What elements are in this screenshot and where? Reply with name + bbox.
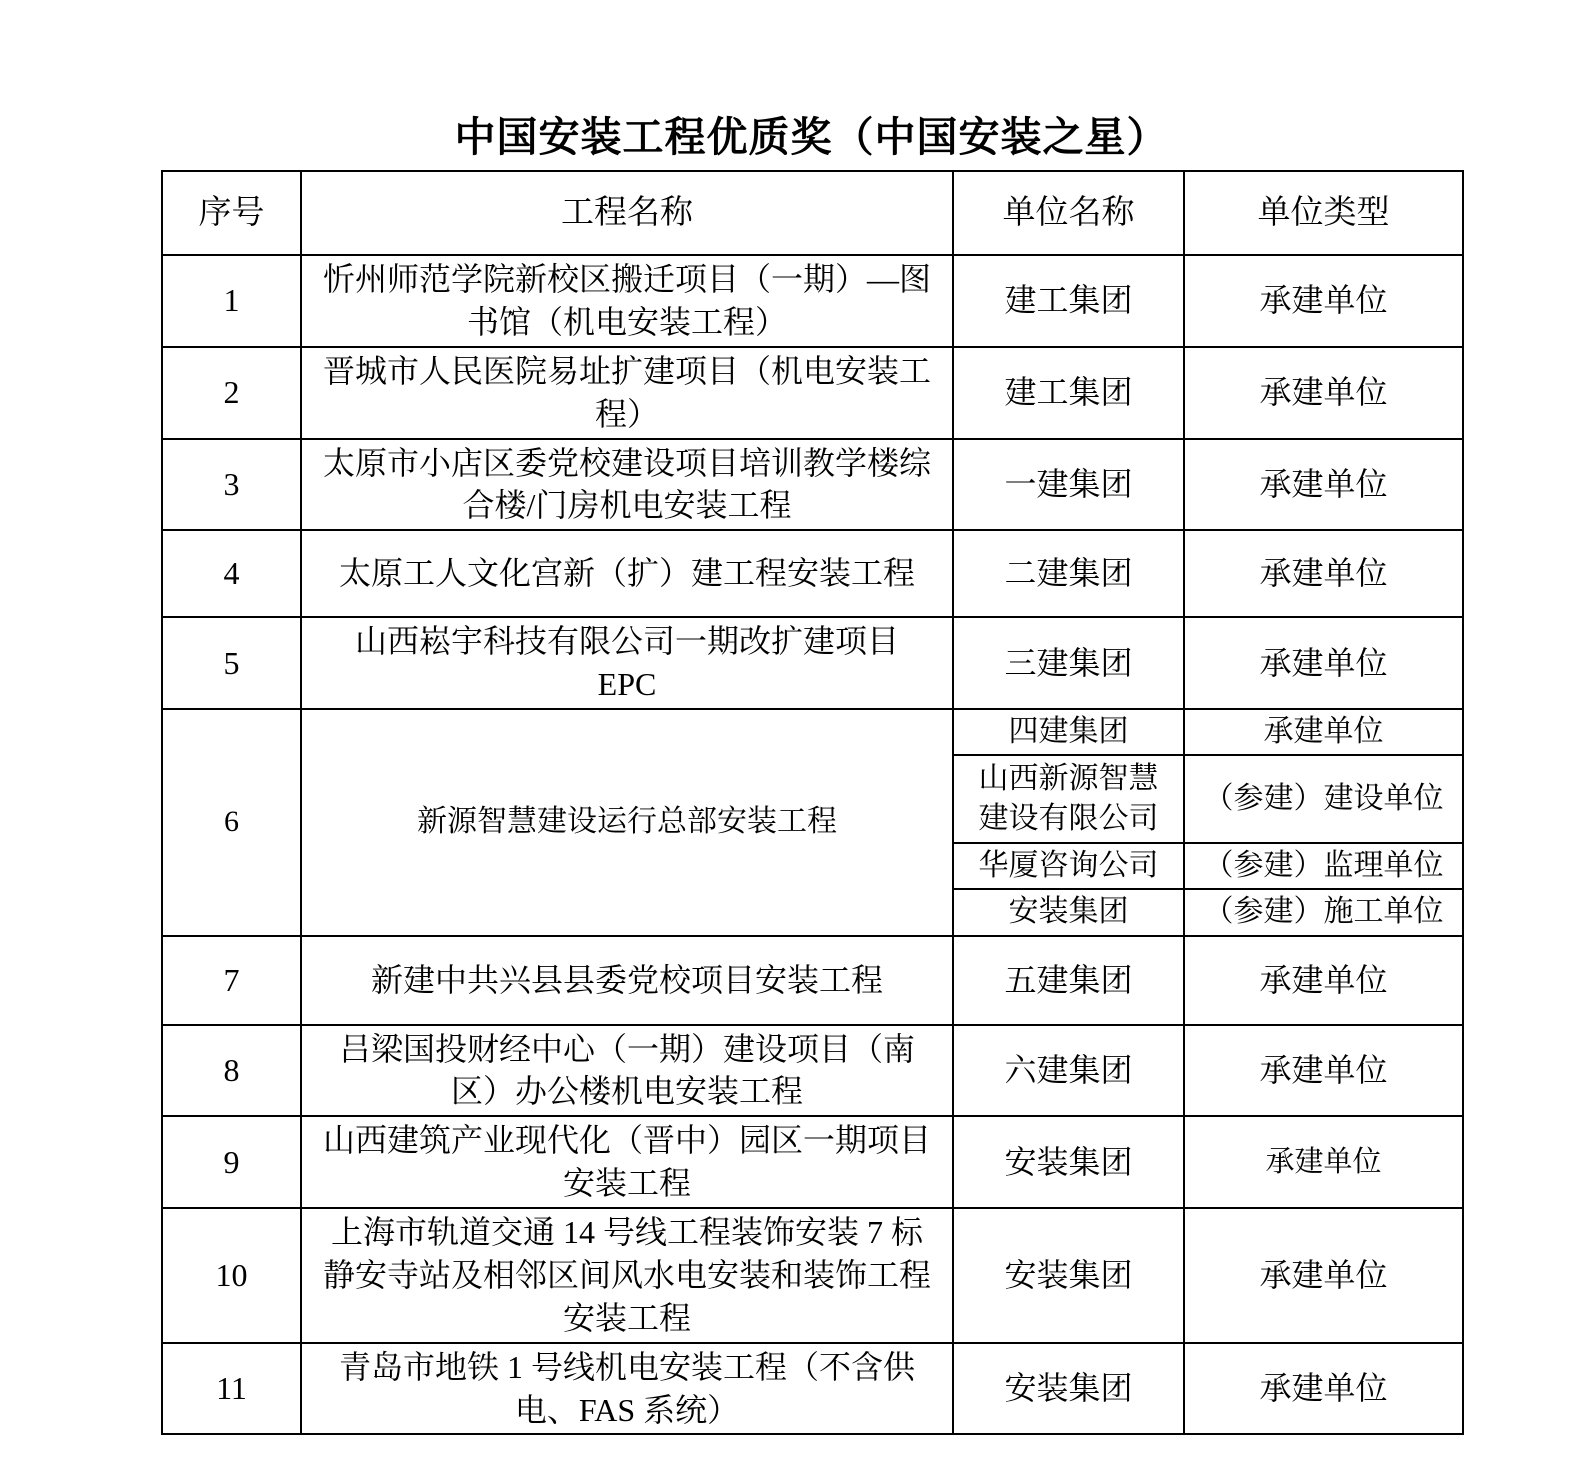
- header-serial-number: 序号: [162, 171, 301, 255]
- serial-number: 10: [162, 1208, 301, 1343]
- header-unit-name: 单位名称: [953, 171, 1184, 255]
- unit-type: （参建）施工单位: [1184, 889, 1463, 935]
- table-row: 4 太原工人文化宫新（扩）建工程安装工程 二建集团 承建单位: [162, 530, 1463, 617]
- unit-type: 承建单位: [1184, 617, 1463, 709]
- project-name: 新建中共兴县县委党校项目安装工程: [301, 936, 953, 1025]
- project-name: 上海市轨道交通 14 号线工程装饰安装 7 标静安寺站及相邻区间风水电安装和装饰…: [301, 1208, 953, 1343]
- serial-number: 2: [162, 347, 301, 439]
- serial-number: 5: [162, 617, 301, 709]
- table-row: 10 上海市轨道交通 14 号线工程装饰安装 7 标静安寺站及相邻区间风水电安装…: [162, 1208, 1463, 1343]
- unit-name: 一建集团: [953, 439, 1184, 531]
- serial-number: 8: [162, 1025, 301, 1117]
- serial-number: 1: [162, 255, 301, 347]
- project-name: 新源智慧建设运行总部安装工程: [301, 709, 953, 936]
- table-row: 11 青岛市地铁 1 号线机电安装工程（不含供电、FAS 系统） 安装集团 承建…: [162, 1343, 1463, 1435]
- unit-type: 承建单位: [1184, 1116, 1463, 1208]
- table-row: 8 吕梁国投财经中心（一期）建设项目（南区）办公楼机电安装工程 六建集团 承建单…: [162, 1025, 1463, 1117]
- page-title: 中国安装工程优质奖（中国安装之星）: [161, 104, 1462, 163]
- unit-name: 安装集团: [953, 1343, 1184, 1435]
- unit-type: 承建单位: [1184, 1025, 1463, 1117]
- project-name: 青岛市地铁 1 号线机电安装工程（不含供电、FAS 系统）: [301, 1343, 953, 1435]
- unit-name: 华厦咨询公司: [953, 843, 1184, 889]
- unit-type: 承建单位: [1184, 936, 1463, 1025]
- unit-type: 承建单位: [1184, 347, 1463, 439]
- unit-name: 四建集团: [953, 709, 1184, 755]
- table-row: 9 山西建筑产业现代化（晋中）园区一期项目安装工程 安装集团 承建单位: [162, 1116, 1463, 1208]
- unit-name: 安装集团: [953, 1116, 1184, 1208]
- unit-type: 承建单位: [1184, 530, 1463, 617]
- unit-type: 承建单位: [1184, 1343, 1463, 1435]
- document-page: 中国安装工程优质奖（中国安装之星） 序号 工程名称 单位名称 单位类型 1 忻州…: [0, 0, 1586, 1463]
- table-header-row: 序号 工程名称 单位名称 单位类型: [162, 171, 1463, 255]
- unit-type: （参建）监理单位: [1184, 843, 1463, 889]
- unit-name: 安装集团: [953, 1208, 1184, 1343]
- header-unit-type: 单位类型: [1184, 171, 1463, 255]
- serial-number: 6: [162, 709, 301, 936]
- serial-number: 3: [162, 439, 301, 531]
- header-project-name: 工程名称: [301, 171, 953, 255]
- table-row: 2 晋城市人民医院易址扩建项目（机电安装工程） 建工集团 承建单位: [162, 347, 1463, 439]
- unit-name: 安装集团: [953, 889, 1184, 935]
- unit-name: 三建集团: [953, 617, 1184, 709]
- project-name: 山西崧宇科技有限公司一期改扩建项目 EPC: [301, 617, 953, 709]
- unit-type: （参建）建设单位: [1184, 755, 1463, 843]
- project-name: 吕梁国投财经中心（一期）建设项目（南区）办公楼机电安装工程: [301, 1025, 953, 1117]
- unit-type: 承建单位: [1184, 709, 1463, 755]
- unit-name: 建工集团: [953, 255, 1184, 347]
- table-row: 7 新建中共兴县县委党校项目安装工程 五建集团 承建单位: [162, 936, 1463, 1025]
- project-name: 晋城市人民医院易址扩建项目（机电安装工程）: [301, 347, 953, 439]
- unit-name: 二建集团: [953, 530, 1184, 617]
- table-row: 6 新源智慧建设运行总部安装工程 四建集团 承建单位: [162, 709, 1463, 755]
- award-table: 序号 工程名称 单位名称 单位类型 1 忻州师范学院新校区搬迁项目（一期）—图书…: [161, 170, 1464, 1435]
- project-name: 山西建筑产业现代化（晋中）园区一期项目安装工程: [301, 1116, 953, 1208]
- table-row: 3 太原市小店区委党校建设项目培训教学楼综合楼/门房机电安装工程 一建集团 承建…: [162, 439, 1463, 531]
- table-row: 5 山西崧宇科技有限公司一期改扩建项目 EPC 三建集团 承建单位: [162, 617, 1463, 709]
- project-name: 忻州师范学院新校区搬迁项目（一期）—图书馆（机电安装工程）: [301, 255, 953, 347]
- serial-number: 7: [162, 936, 301, 1025]
- unit-name: 六建集团: [953, 1025, 1184, 1117]
- project-name: 太原市小店区委党校建设项目培训教学楼综合楼/门房机电安装工程: [301, 439, 953, 531]
- unit-type: 承建单位: [1184, 1208, 1463, 1343]
- serial-number: 9: [162, 1116, 301, 1208]
- unit-type: 承建单位: [1184, 439, 1463, 531]
- table-row: 1 忻州师范学院新校区搬迁项目（一期）—图书馆（机电安装工程） 建工集团 承建单…: [162, 255, 1463, 347]
- serial-number: 11: [162, 1343, 301, 1435]
- serial-number: 4: [162, 530, 301, 617]
- unit-type: 承建单位: [1184, 255, 1463, 347]
- unit-name: 五建集团: [953, 936, 1184, 1025]
- unit-name: 建工集团: [953, 347, 1184, 439]
- unit-name: 山西新源智慧建设有限公司: [953, 755, 1184, 843]
- project-name: 太原工人文化宫新（扩）建工程安装工程: [301, 530, 953, 617]
